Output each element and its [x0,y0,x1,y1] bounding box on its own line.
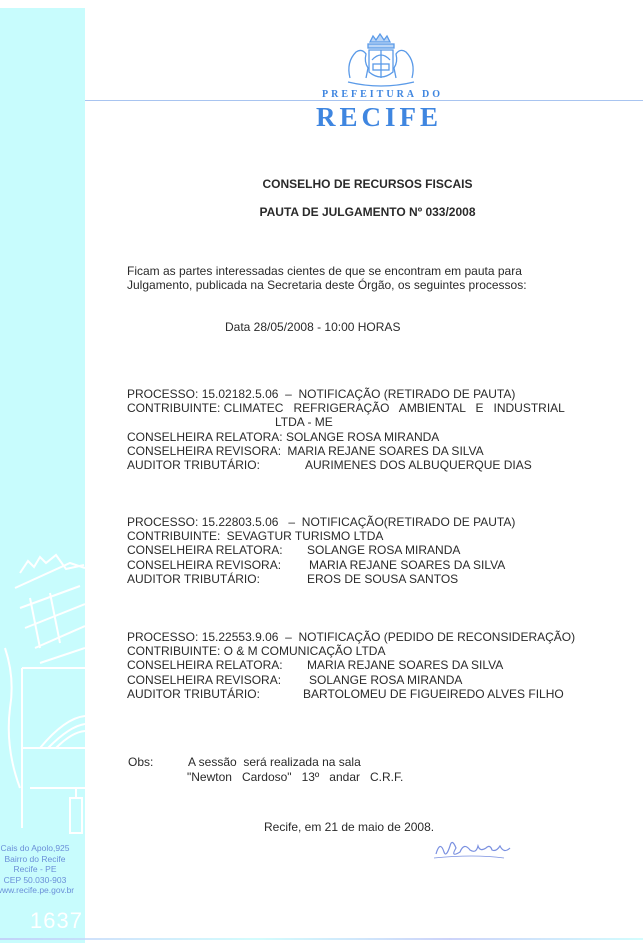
process-entry: PROCESSO: 15.22803.5.06 – NOTIFICAÇÃO(RE… [127,515,515,586]
taxpayer-label: CONTRIBUINTE: [127,401,224,415]
address-line: Recife - PE [0,864,80,875]
reviewer-name: SOLANGE ROSA MIRANDA [309,673,462,687]
document-subtitle: PAUTA DE JULGAMENTO Nº 033/2008 [0,205,643,219]
reviewer-label: CONSELHEIRA REVISORA: [127,444,284,458]
taxpayer-name: SEVAGTUR TURISMO LTDA [224,529,384,543]
process-number: 15.02182.5.06 – NOTIFICAÇÃO (RETIRADO DE… [202,387,516,401]
process-number: 15.22803.5.06 – NOTIFICAÇÃO(RETIRADO DE … [202,515,516,529]
letterhead-recife: RECIFE [312,102,446,133]
process-entry: PROCESSO: 15.02182.5.06 – NOTIFICAÇÃO (R… [127,387,565,472]
obs-text: "Newton Cardoso" 13º andar C.R.F. [128,770,403,785]
address-line: CEP 50.030-903 [0,875,80,886]
auditor-name: AURIMENES DOS ALBUQUERQUE DIAS [305,458,532,472]
reviewer-label: CONSELHEIRA REVISORA: [127,558,309,572]
reviewer-name: MARIA REJANE SOARES DA SILVA [284,444,483,458]
rapporteur-label: CONSELHEIRA RELATORA: [127,543,307,557]
process-entry: PROCESSO: 15.22553.9.06 – NOTIFICAÇÃO (P… [127,630,575,701]
auditor-label: AUDITOR TRIBUTÁRIO: [127,458,305,472]
coat-of-arms-icon [340,30,422,90]
signature-icon [430,828,515,864]
letterhead-prefeitura: PREFEITURA DO [320,89,445,100]
address-line: Cais do Apolo,925 [0,843,80,854]
taxpayer-name-cont: LTDA - ME [275,415,333,429]
auditor-label: AUDITOR TRIBUTÁRIO: [127,687,303,701]
intro-line: Ficam as partes interessadas cientes de … [127,264,527,278]
session-date: Data 28/05/2008 - 10:00 HORAS [225,320,400,334]
address-line: Bairro do Recife [0,854,80,865]
reviewer-name: MARIA REJANE SOARES DA SILVA [309,558,505,572]
rapporteur-name: SOLANGE ROSA MIRANDA [286,430,439,444]
intro-line: Julgamento, publicada na Secretaria dest… [127,278,527,292]
rapporteur-label: CONSELHEIRA RELATORA: [127,658,307,672]
intro-paragraph: Ficam as partes interessadas cientes de … [127,264,527,292]
taxpayer-label: CONTRIBUINTE: [127,529,224,543]
obs-text: A sessão será realizada na sala [188,755,361,769]
taxpayer-name: O & M COMUNICAÇÃO LTDA [224,644,386,658]
process-label: PROCESSO: [127,387,202,401]
process-number: 15.22553.9.06 – NOTIFICAÇÃO (PEDIDO DE R… [202,630,575,644]
auditor-name: EROS DE SOUSA SANTOS [307,572,458,586]
document-title: CONSELHO DE RECURSOS FISCAIS [0,177,643,191]
obs-label: Obs: [128,755,188,770]
taxpayer-label: CONTRIBUINTE: [127,644,224,658]
auditor-label: AUDITOR TRIBUTÁRIO: [127,572,307,586]
address-line: www.recife.pe.gov.br [0,885,80,896]
taxpayer-name: CLIMATEC REFRIGERAÇÃO AMBIENTAL E INDUST… [224,401,565,415]
city-emblem-icon [0,8,85,943]
process-label: PROCESSO: [127,630,202,644]
watermark-year: 1637 [30,908,83,934]
rapporteur-name: MARIA REJANE SOARES DA SILVA [307,658,503,672]
header-rule [85,100,643,101]
rapporteur-label: CONSELHEIRA RELATORA: [127,430,286,444]
place-and-date: Recife, em 21 de maio de 2008. [264,820,434,834]
reviewer-label: CONSELHEIRA REVISORA: [127,673,309,687]
observation-block: Obs:A sessão será realizada na sala "New… [128,755,403,785]
footer-rule [0,938,643,940]
rapporteur-name: SOLANGE ROSA MIRANDA [307,543,460,557]
auditor-name: BARTOLOMEU DE FIGUEIREDO ALVES FILHO [303,687,564,701]
sidebar-emblem-strip: Cais do Apolo,925 Bairro do Recife Recif… [0,8,85,943]
address-block: Cais do Apolo,925 Bairro do Recife Recif… [0,843,80,896]
process-label: PROCESSO: [127,515,202,529]
